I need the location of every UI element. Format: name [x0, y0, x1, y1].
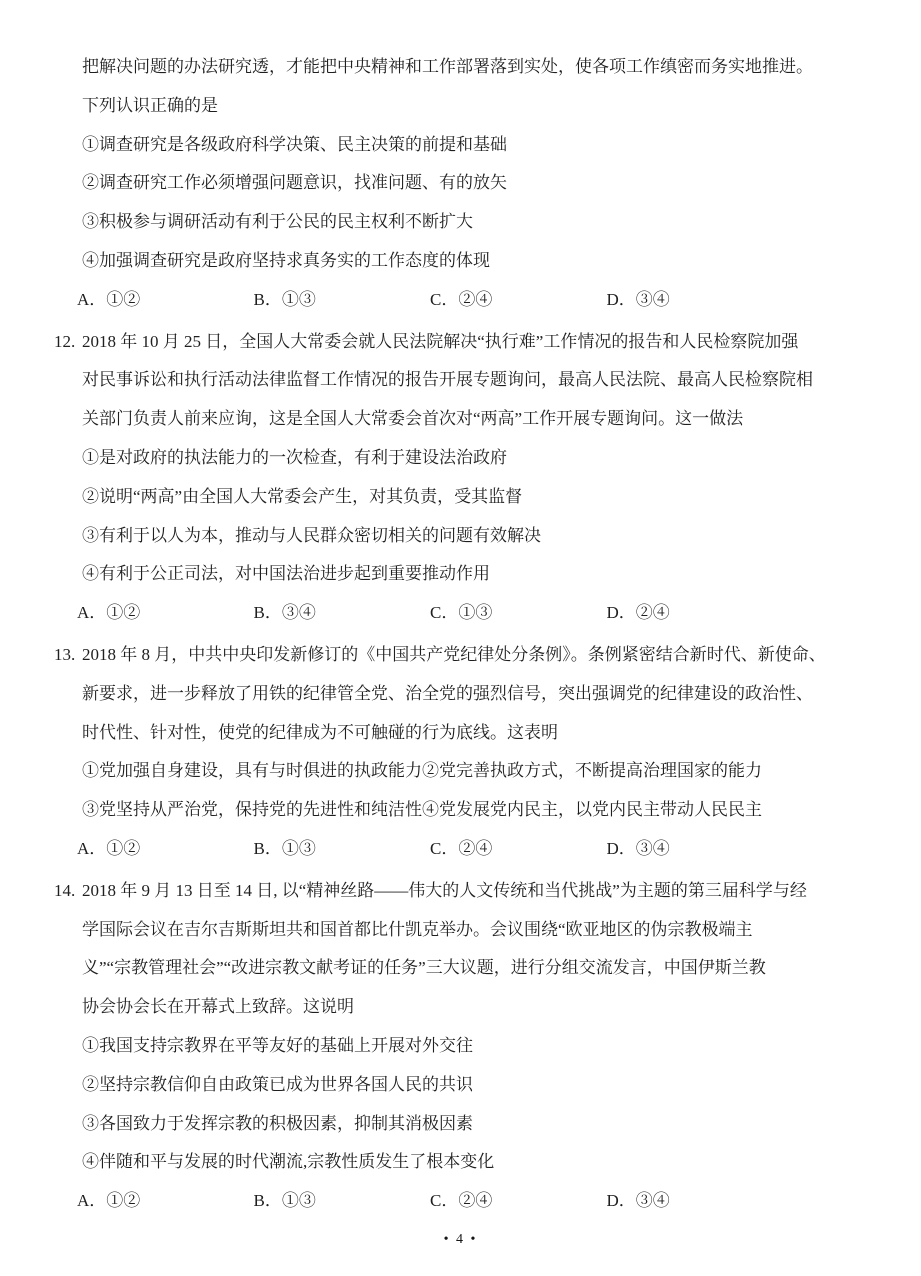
- question-stem-line: 下列认识正确的是: [0, 87, 921, 126]
- question-13: 13. 2018 年 8 月，中共中央印发新修订的《中国共产党纪律处分条例》。条…: [0, 636, 921, 869]
- statement-line: ①调查研究是各级政府科学决策、民主决策的前提和基础: [0, 126, 921, 165]
- statement-line: ①我国支持宗教界在平等友好的基础上开展对外交往: [0, 1027, 921, 1066]
- question-stem-line: 2018 年 9 月 13 日至 14 日, 以“精神丝路——伟大的人文传统和当…: [0, 872, 921, 911]
- statement-line: ④加强调查研究是政府坚持求真务实的工作态度的体现: [0, 242, 921, 281]
- choice-b: B．③④: [254, 594, 431, 633]
- statement-line: ①党加强自身建设，具有与时俱进的执政能力②党完善执政方式，不断提高治理国家的能力: [0, 752, 921, 791]
- question-stem-line: 2018 年 8 月，中共中央印发新修订的《中国共产党纪律处分条例》。条例紧密结…: [0, 636, 921, 675]
- statement-line: ②坚持宗教信仰自由政策已成为世界各国人民的共识: [0, 1066, 921, 1105]
- choice-d: D．③④: [607, 830, 670, 869]
- choice-c: C．②④: [430, 830, 607, 869]
- choice-b: B．①③: [254, 281, 431, 320]
- statement-line: ③党坚持从严治党，保持党的先进性和纯洁性④党发展党内民主，以党内民主带动人民民主: [0, 791, 921, 830]
- statement-line: ③各国致力于发挥宗教的积极因素，抑制其消极因素: [0, 1105, 921, 1144]
- question-11-continuation: 把解决问题的办法研究透，才能把中央精神和工作部署落到实处，使各项工作缜密而务实地…: [0, 48, 921, 320]
- question-stem-line: 义”“宗教管理社会”“改进宗教文献考证的任务”三大议题，进行分组交流发言，中国伊…: [0, 949, 921, 988]
- answer-choices-row: A．①② B．①③ C．②④ D．③④: [0, 1182, 921, 1221]
- page-number: • 4 •: [0, 1232, 921, 1248]
- answer-choices-row: A．①② B．①③ C．②④ D．③④: [0, 281, 921, 320]
- choice-c: C．②④: [430, 281, 607, 320]
- statement-line: ②调查研究工作必须增强问题意识，找准问题、有的放矢: [0, 164, 921, 203]
- choice-d: D．③④: [607, 1182, 670, 1221]
- question-number: 13.: [54, 636, 75, 675]
- question-stem-line: 时代性、针对性，使党的纪律成为不可触碰的行为底线。这表明: [0, 714, 921, 753]
- question-number: 14.: [54, 872, 75, 911]
- choice-b: B．①③: [254, 830, 431, 869]
- question-14: 14. 2018 年 9 月 13 日至 14 日, 以“精神丝路——伟大的人文…: [0, 872, 921, 1221]
- choice-b: B．①③: [254, 1182, 431, 1221]
- question-stem-line: 新要求，进一步释放了用铁的纪律管全党、治全党的强烈信号，突出强调党的纪律建设的政…: [0, 675, 921, 714]
- choice-c: C．②④: [430, 1182, 607, 1221]
- question-stem-line: 对民事诉讼和执行活动法律监督工作情况的报告开展专题询问，最高人民法院、最高人民检…: [0, 361, 921, 400]
- question-stem-line: 学国际会议在吉尔吉斯斯坦共和国首都比什凯克举办。会议围绕“欧亚地区的伪宗教极端主: [0, 911, 921, 950]
- question-12: 12. 2018 年 10 月 25 日，全国人大常委会就人民法院解决“执行难”…: [0, 323, 921, 633]
- answer-choices-row: A．①② B．①③ C．②④ D．③④: [0, 830, 921, 869]
- choice-a: A．①②: [77, 281, 254, 320]
- choice-a: A．①②: [77, 594, 254, 633]
- statement-line: ③积极参与调研活动有利于公民的民主权利不断扩大: [0, 203, 921, 242]
- choice-a: A．①②: [77, 830, 254, 869]
- statement-line: ④有利于公正司法，对中国法治进步起到重要推动作用: [0, 555, 921, 594]
- choice-c: C．①③: [430, 594, 607, 633]
- choice-d: D．③④: [607, 281, 670, 320]
- statement-line: ③有利于以人为本，推动与人民群众密切相关的问题有效解决: [0, 517, 921, 556]
- answer-choices-row: A．①② B．③④ C．①③ D．②④: [0, 594, 921, 633]
- choice-a: A．①②: [77, 1182, 254, 1221]
- question-number: 12.: [54, 323, 75, 362]
- statement-line: ②说明“两高”由全国人大常委会产生，对其负责，受其监督: [0, 478, 921, 517]
- question-stem-line: 把解决问题的办法研究透，才能把中央精神和工作部署落到实处，使各项工作缜密而务实地…: [0, 48, 921, 87]
- question-stem-line: 关部门负责人前来应询，这是全国人大常委会首次对“两高”工作开展专题询问。这一做法: [0, 400, 921, 439]
- choice-d: D．②④: [607, 594, 670, 633]
- question-stem-line: 2018 年 10 月 25 日，全国人大常委会就人民法院解决“执行难”工作情况…: [0, 323, 921, 362]
- exam-page: 把解决问题的办法研究透，才能把中央精神和工作部署落到实处，使各项工作缜密而务实地…: [0, 0, 921, 1276]
- statement-line: ①是对政府的执法能力的一次检查，有利于建设法治政府: [0, 439, 921, 478]
- question-stem-line: 协会协会长在开幕式上致辞。这说明: [0, 988, 921, 1027]
- statement-line: ④伴随和平与发展的时代潮流,宗教性质发生了根本变化: [0, 1143, 921, 1182]
